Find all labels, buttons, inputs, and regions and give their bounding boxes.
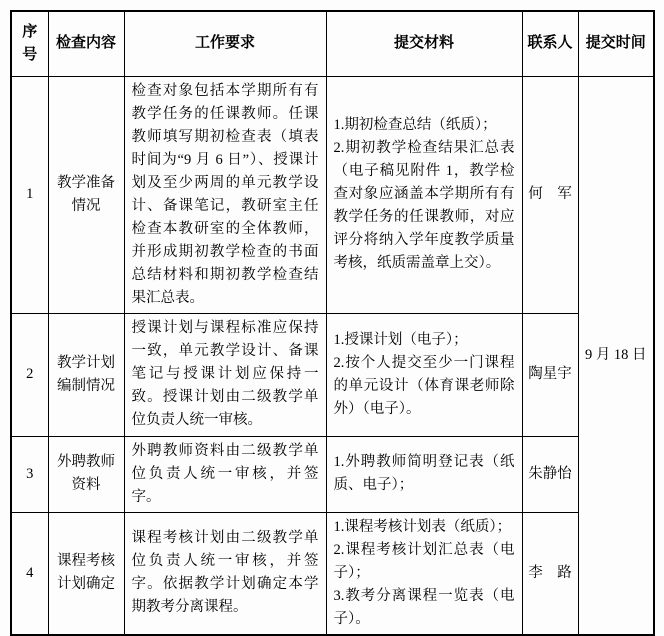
cell-submit-time: 9 月 18 日 xyxy=(578,76,654,635)
column-header-materials: 提交材料 xyxy=(326,11,522,76)
header-row: 序 号 检查内容 工作要求 提交材料 联系人 提交时间 xyxy=(11,11,654,76)
column-header-contact: 联系人 xyxy=(522,11,578,76)
cell-row4-materials: 1.课程考核计划表（纸质）； 2.课程考核计划汇总表（电子）； 3.教考分离课程… xyxy=(326,512,522,635)
table-row: 3 外聘教师 资料 外聘教师资料由二级教学单位负责人统一审核，并签字。 1.外聘… xyxy=(11,436,654,512)
cell-row3-requirements: 外聘教师资料由二级教学单位负责人统一审核，并签字。 xyxy=(124,436,326,512)
cell-row2-materials: 1.授课计划（电子）； 2.按个人提交至少一门课程的单元设计（体育课老师除外）（… xyxy=(326,313,522,436)
cell-row4-requirements: 课程考核计划由二级教学单位负责人统一审核，并签字。依据教学计划确定本学期教考分离… xyxy=(124,512,326,635)
cell-row3-contact: 朱静怡 xyxy=(522,436,578,512)
column-header-requirements: 工作要求 xyxy=(124,11,326,76)
cell-row2-contact: 陶星宇 xyxy=(522,313,578,436)
cell-row2-no: 2 xyxy=(11,313,48,436)
column-header-time: 提交时间 xyxy=(578,11,654,76)
table-row: 1 教学准备 情况 检查对象包括本学期所有有教学任务的任课教师。任课教师填写期初… xyxy=(11,76,654,313)
cell-row2-requirements: 授课计划与课程标准应保持一致，单元教学设计、备课笔记与授课计划应保持一致。授课计… xyxy=(124,313,326,436)
cell-row3-content: 外聘教师 资料 xyxy=(48,436,124,512)
cell-row1-materials: 1.期初检查总结（纸质）； 2.期初教学检查结果汇总表（电子稿见附件 1，教学检… xyxy=(326,76,522,313)
cell-row3-no: 3 xyxy=(11,436,48,512)
cell-row3-materials: 1.外聘教师简明登记表（纸质、电子）； xyxy=(326,436,522,512)
cell-row1-no: 1 xyxy=(11,76,48,313)
table-row: 2 教学计划 编制情况 授课计划与课程标准应保持一致，单元教学设计、备课笔记与授… xyxy=(11,313,654,436)
cell-row2-content: 教学计划 编制情况 xyxy=(48,313,124,436)
cell-row4-contact: 李 路 xyxy=(522,512,578,635)
cell-row1-requirements: 检查对象包括本学期所有有教学任务的任课教师。任课教师填写期初检查表（填表时间为“… xyxy=(124,76,326,313)
cell-row1-content: 教学准备 情况 xyxy=(48,76,124,313)
table-row: 4 课程考核 计划确定 课程考核计划由二级教学单位负责人统一审核，并签字。依据教… xyxy=(11,512,654,635)
cell-row1-contact: 何 军 xyxy=(522,76,578,313)
column-header-content: 检查内容 xyxy=(48,11,124,76)
cell-row4-content: 课程考核 计划确定 xyxy=(48,512,124,635)
column-header-no: 序 号 xyxy=(11,11,48,76)
cell-row4-no: 4 xyxy=(11,512,48,635)
inspection-schedule-table: 序 号 检查内容 工作要求 提交材料 联系人 提交时间 1 教学准备 情况 检查… xyxy=(10,10,655,636)
